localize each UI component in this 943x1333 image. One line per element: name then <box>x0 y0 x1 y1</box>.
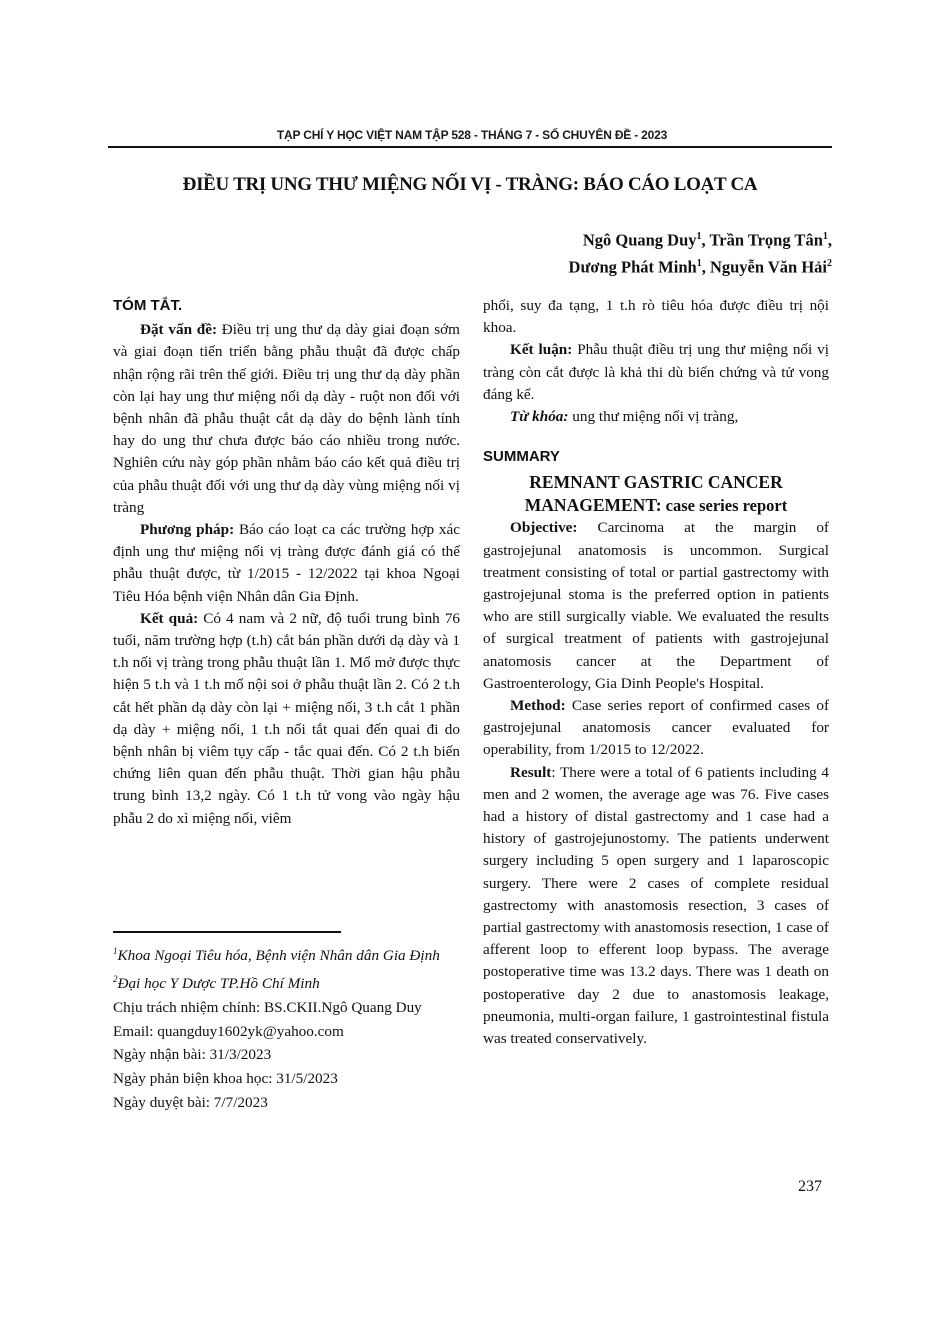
abstract-background: Đặt vấn đề: Điều trị ung thư dạ dày giai… <box>113 319 460 519</box>
date-received: Ngày nhận bài: 31/3/2023 <box>113 1043 460 1067</box>
affiliation-1: 1Khoa Ngoại Tiêu hóa, Bệnh viện Nhân dân… <box>113 940 460 968</box>
label-keywords: Từ khóa: <box>510 408 568 425</box>
author-line-2: Dương Phát Minh1, Nguyễn Văn Hải2 <box>569 252 832 279</box>
left-column: TÓM TẮT. Đặt vấn đề: Điều trị ung thư dạ… <box>113 295 460 830</box>
english-title-sub: case series report <box>662 496 788 515</box>
affiliation-2: 2Đại học Y Dược TP.Hồ Chí Minh <box>113 968 460 996</box>
author-line-1: Ngô Quang Duy1, Trần Trọng Tân1, <box>569 225 832 252</box>
abstract-method: Phương pháp: Báo cáo loạt ca các trường … <box>113 519 460 608</box>
text-objective: Carcinoma at the margin of gastrojejunal… <box>483 519 829 691</box>
abstract-result: Kết quả: Có 4 nam và 2 nữ, độ tuổi trung… <box>113 608 460 830</box>
date-accepted: Ngày duyệt bài: 7/7/2023 <box>113 1091 460 1115</box>
right-column: phổi, suy đa tạng, 1 t.h rò tiêu hóa đượ… <box>483 295 829 1050</box>
affiliation-text: Đại học Y Dược TP.Hồ Chí Minh <box>118 975 320 992</box>
author-name: Trần Trọng Tân <box>709 231 822 250</box>
summary-objective: Objective: Carcinoma at the margin of ga… <box>483 517 829 695</box>
author-name: Nguyễn Văn Hải <box>710 257 827 276</box>
header-rule <box>108 146 832 148</box>
text-keywords: ung thư miệng nối vị tràng, <box>568 408 738 425</box>
summary-heading: SUMMARY <box>483 446 829 468</box>
author-name: Dương Phát Minh <box>569 257 697 276</box>
english-title-line-2: MANAGEMENT: case series report <box>483 494 829 517</box>
journal-header: TẠP CHÍ Y HỌC VIỆT NAM TẬP 528 - THÁNG 7… <box>112 128 832 142</box>
author-list: Ngô Quang Duy1, Trần Trọng Tân1, Dương P… <box>569 225 832 278</box>
affiliation-text: Khoa Ngoại Tiêu hóa, Bệnh viện Nhân dân … <box>118 947 440 964</box>
label-result: Kết quả: <box>140 610 198 627</box>
email: Email: quangduy1602yk@yahoo.com <box>113 1020 460 1044</box>
footnotes: 1Khoa Ngoại Tiêu hóa, Bệnh viện Nhân dân… <box>113 940 460 1115</box>
english-title: REMNANT GASTRIC CANCER MANAGEMENT: case … <box>483 471 829 517</box>
keywords: Từ khóa: ung thư miệng nối vị tràng, <box>483 406 829 428</box>
label-background: Đặt vấn đề: <box>140 321 217 338</box>
footnote-rule <box>113 931 341 933</box>
label-conclusion: Kết luận: <box>510 341 572 358</box>
author-affiliation: 2 <box>827 258 832 269</box>
label-method: Phương pháp: <box>140 521 234 538</box>
text-background: Điều trị ung thư dạ dày giai đoạn sớm và… <box>113 321 460 516</box>
label-method-en: Method: <box>510 697 566 714</box>
abstract-conclusion: Kết luận: Phẫu thuật điều trị ung thư mi… <box>483 339 829 406</box>
text-result: Có 4 nam và 2 nữ, độ tuổi trung bình 76 … <box>113 610 460 827</box>
corresponding-author: Chịu trách nhiệm chính: BS.CKII.Ngô Quan… <box>113 996 460 1020</box>
author-separator: , <box>702 257 710 276</box>
label-objective: Objective: <box>510 519 577 536</box>
label-result-en: Result <box>510 764 551 781</box>
page-number: 237 <box>798 1178 822 1196</box>
abstract-result-continued: phổi, suy đa tạng, 1 t.h rò tiêu hóa đượ… <box>483 295 829 339</box>
english-title-line-1: REMNANT GASTRIC CANCER <box>483 471 829 494</box>
abstract-heading-vi: TÓM TẮT. <box>113 295 460 317</box>
article-title: ĐIỀU TRỊ UNG THƯ MIỆNG NỐI VỊ - TRÀNG: B… <box>108 174 832 196</box>
english-title-caps: MANAGEMENT: <box>525 495 662 515</box>
author-separator: , <box>828 231 832 250</box>
summary-method: Method: Case series report of confirmed … <box>483 695 829 762</box>
author-name: Ngô Quang Duy <box>583 231 697 250</box>
text-result-en: : There were a total of 6 patients inclu… <box>483 764 829 1047</box>
date-reviewed: Ngày phản biện khoa học: 31/5/2023 <box>113 1067 460 1091</box>
summary-result: Result: There were a total of 6 patients… <box>483 762 829 1051</box>
